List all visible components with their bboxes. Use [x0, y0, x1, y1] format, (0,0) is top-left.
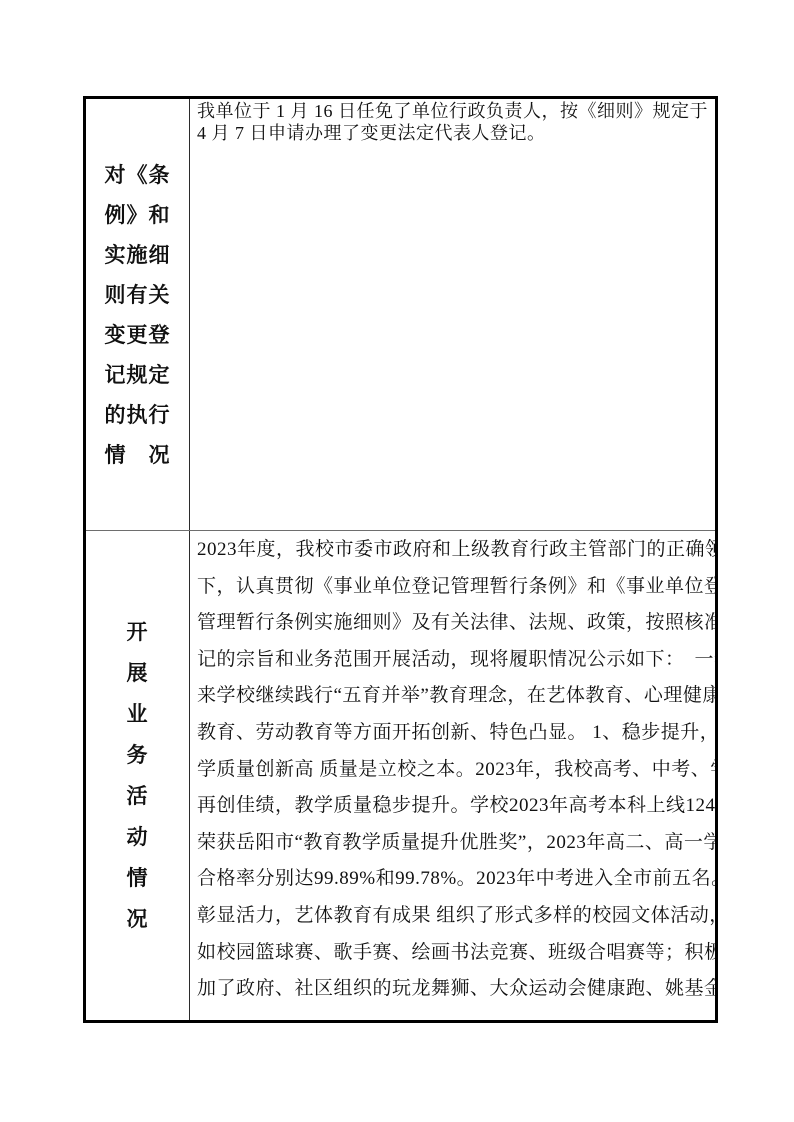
- label-line: 务: [127, 735, 149, 776]
- body-text-line: 来学校继续践行“五育并举”教育理念，在艺体教育、心理健康: [197, 678, 710, 715]
- body-text-line: 再创佳绩，教学质量稳步提升。学校2023年高考本科上线124人，: [197, 788, 710, 825]
- body-text-line: 学质量创新高 质量是立校之本。2023年，我校高考、中考、学考: [197, 752, 710, 789]
- body-text-line: 彰显活力，艺体教育有成果 组织了形式多样的校园文体活动，: [197, 898, 710, 935]
- body-text-line: 记的宗旨和业务范围开展活动，现将履职情况公示如下： 一年: [197, 642, 710, 679]
- body-text-line: 合格率分别达99.89%和99.78%。2023年中考进入全市前五名。 2、: [197, 861, 710, 898]
- table-row-change-registration: 对《条例》和实施细则有关变更登记规定的执行情 况 我单位于 1 月 16 日任免…: [86, 99, 715, 531]
- label-line: 实施细: [105, 235, 171, 275]
- body-text-line: 我单位于 1 月 16 日任免了单位行政负责人，按《细则》规定于: [197, 100, 710, 122]
- row-content-change-registration: 我单位于 1 月 16 日任免了单位行政负责人，按《细则》规定于4 月 7 日申…: [190, 99, 715, 530]
- label-line: 况: [127, 899, 149, 940]
- label-line: 则有关: [105, 275, 171, 315]
- label-line: 变更登: [105, 315, 171, 355]
- label-line: 情: [127, 858, 149, 899]
- label-line: 展: [127, 653, 149, 694]
- body-text-line: 教育、劳动教育等方面开拓创新、特色凸显。 1、稳步提升，教: [197, 715, 710, 752]
- label-line: 开: [127, 612, 149, 653]
- label-line: 的执行: [105, 395, 171, 435]
- row-content-business-activities: 2023年度，我校市委市政府和上级教育行政主管部门的正确领导下，认真贯彻《事业单…: [190, 531, 715, 1020]
- label-line: 业: [127, 694, 149, 735]
- row-label-change-registration: 对《条例》和实施细则有关变更登记规定的执行情 况: [86, 99, 190, 530]
- body-text-line: 荣获岳阳市“教育教学质量提升优胜奖”，2023年高二、高一学考: [197, 825, 710, 862]
- label-line: 对《条: [105, 155, 171, 195]
- body-text-line: 如校园篮球赛、歌手赛、绘画书法竞赛、班级合唱赛等；积极参: [197, 935, 710, 972]
- label-line: 动: [127, 817, 149, 858]
- body-text-line: 加了政府、社区组织的玩龙舞狮、大众运动会健康跑、姚基金篮: [197, 971, 710, 1008]
- body-text-line: 下，认真贯彻《事业单位登记管理暂行条例》和《事业单位登记: [197, 569, 710, 606]
- row-label-business-activities: 开展业务活动情况: [86, 531, 190, 1020]
- annual-report-form-table: 对《条例》和实施细则有关变更登记规定的执行情 况 我单位于 1 月 16 日任免…: [83, 96, 718, 1023]
- label-line: 例》和: [105, 195, 171, 235]
- body-text-line: 4 月 7 日申请办理了变更法定代表人登记。: [197, 122, 710, 144]
- table-row-business-activities: 开展业务活动情况 2023年度，我校市委市政府和上级教育行政主管部门的正确领导下…: [86, 531, 715, 1020]
- body-text-line: 管理暂行条例实施细则》及有关法律、法规、政策，按照核准登: [197, 605, 710, 642]
- label-line: 活: [127, 776, 149, 817]
- label-line: 记规定: [105, 355, 171, 395]
- label-line: 情 况: [105, 435, 171, 475]
- document-page: 对《条例》和实施细则有关变更登记规定的执行情 况 我单位于 1 月 16 日任免…: [0, 0, 794, 1122]
- body-text-line: 2023年度，我校市委市政府和上级教育行政主管部门的正确领导: [197, 532, 710, 569]
